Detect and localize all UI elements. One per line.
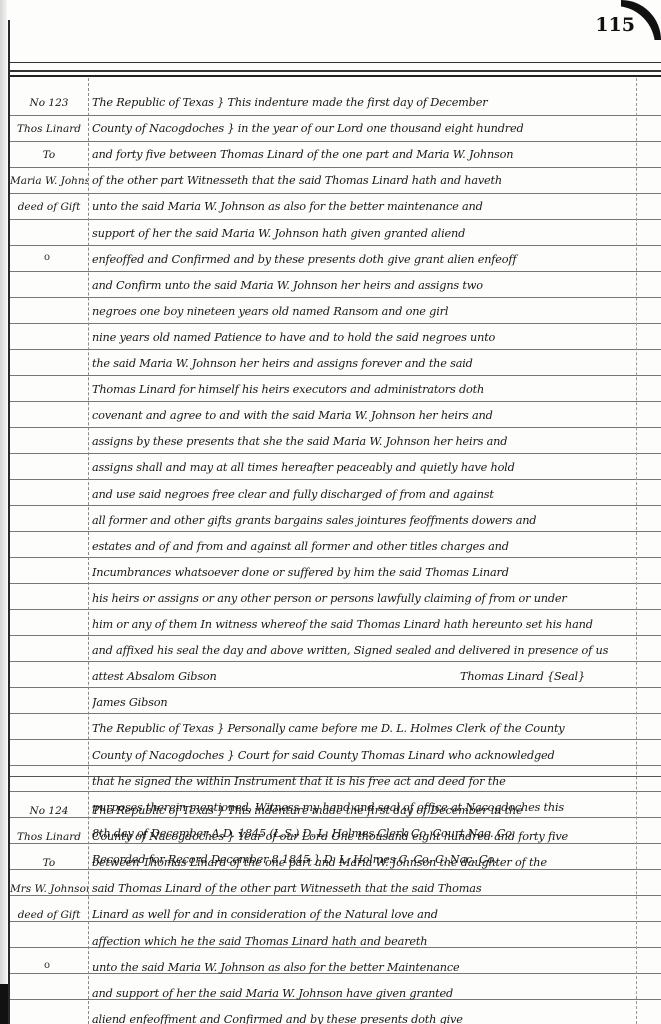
text-line: and forty five between Thomas Linard of … bbox=[92, 148, 632, 162]
text-line: and Confirm unto the said Maria W. Johns… bbox=[92, 279, 632, 293]
header-rule bbox=[10, 62, 661, 63]
text-line: County of Nacogdoches } Year of our Lord… bbox=[92, 830, 632, 844]
margin-mark: o bbox=[44, 252, 50, 263]
margin-to: To bbox=[10, 148, 88, 162]
text-line: nine years old named Patience to have an… bbox=[92, 331, 632, 345]
text-line: assigns shall and may at all times herea… bbox=[92, 461, 632, 475]
binding-shadow bbox=[0, 984, 8, 1024]
text-line: Incumbrances whatsoever done or suffered… bbox=[92, 566, 632, 580]
text-line: and affixed his seal the day and above w… bbox=[92, 644, 632, 658]
text-line: County of Nacogdoches } in the year of o… bbox=[92, 122, 632, 136]
text-line: covenant and agree to and with the said … bbox=[92, 409, 632, 423]
text-line: that he signed the within Instrument tha… bbox=[92, 775, 632, 789]
grantee-name: Maria W. Johnson bbox=[10, 174, 88, 188]
margin-mark: o bbox=[44, 960, 50, 971]
text-line: Thomas Linard for himself his heirs exec… bbox=[92, 383, 632, 397]
text-line: James Gibson bbox=[92, 696, 392, 710]
text-line: County of Nacogdoches } Court for said C… bbox=[92, 749, 632, 763]
text-line: unto the said Maria W. Johnson as also f… bbox=[92, 200, 632, 214]
instrument-type: deed of Gift bbox=[10, 200, 88, 214]
text-line: the said Maria W. Johnson her heirs and … bbox=[92, 357, 632, 371]
binding-edge bbox=[0, 0, 7, 1024]
text-line: and support of her the said Maria W. Joh… bbox=[92, 987, 632, 1001]
text-line: of the other part Witnesseth that the sa… bbox=[92, 174, 632, 188]
text-line: his heirs or assigns or any other person… bbox=[92, 592, 632, 606]
header-rule bbox=[10, 70, 661, 72]
text-line: The Republic of Texas } Personally came … bbox=[92, 722, 632, 736]
header-rule bbox=[10, 75, 661, 77]
right-margin-rule bbox=[636, 78, 637, 1024]
grantor-signature: Thomas Linard {Seal} bbox=[460, 670, 630, 684]
text-line: The Republic of Texas } This indenture m… bbox=[92, 96, 632, 110]
text-line: The Republic of Texas } This indenture m… bbox=[92, 804, 632, 818]
text-line: Linard as well for and in consideration … bbox=[92, 908, 632, 922]
text-line: between Thomas Linard of the one part an… bbox=[92, 856, 632, 870]
grantor-name: Thos Linard bbox=[10, 830, 88, 844]
text-line: attest Absalom Gibson bbox=[92, 670, 392, 684]
text-line: support of her the said Maria W. Johnson… bbox=[92, 227, 632, 241]
text-line: negroes one boy nineteen years old named… bbox=[92, 305, 632, 319]
text-line: said Thomas Linard of the other part Wit… bbox=[92, 882, 632, 896]
grantee-name: Mrs W. Johnson bbox=[10, 882, 88, 896]
ledger-page: 115 No 123 Thos Linard To Maria W. Johns… bbox=[0, 0, 661, 1024]
record-number: No 123 bbox=[10, 96, 88, 110]
page-number: 115 bbox=[595, 14, 635, 36]
text-line: affection which he the said Thomas Linar… bbox=[92, 935, 632, 949]
text-line: him or any of them In witness whereof th… bbox=[92, 618, 632, 632]
text-line: unto the said Maria W. Johnson as also f… bbox=[92, 961, 632, 975]
text-line: estates and of and from and against all … bbox=[92, 540, 632, 554]
margin-to: To bbox=[10, 856, 88, 870]
text-line: and use said negroes free clear and full… bbox=[92, 488, 632, 502]
grantor-name: Thos Linard bbox=[10, 122, 88, 136]
record-number: No 124 bbox=[10, 804, 88, 818]
text-line: assigns by these presents that she the s… bbox=[92, 435, 632, 449]
instrument-type: deed of Gift bbox=[10, 908, 88, 922]
text-line: all former and other gifts grants bargai… bbox=[92, 514, 632, 528]
text-line: enfeoffed and Confirmed and by these pre… bbox=[92, 253, 632, 267]
text-line: aliend enfeoffment and Confirmed and by … bbox=[92, 1013, 632, 1024]
margin-column-rule bbox=[88, 78, 89, 1024]
